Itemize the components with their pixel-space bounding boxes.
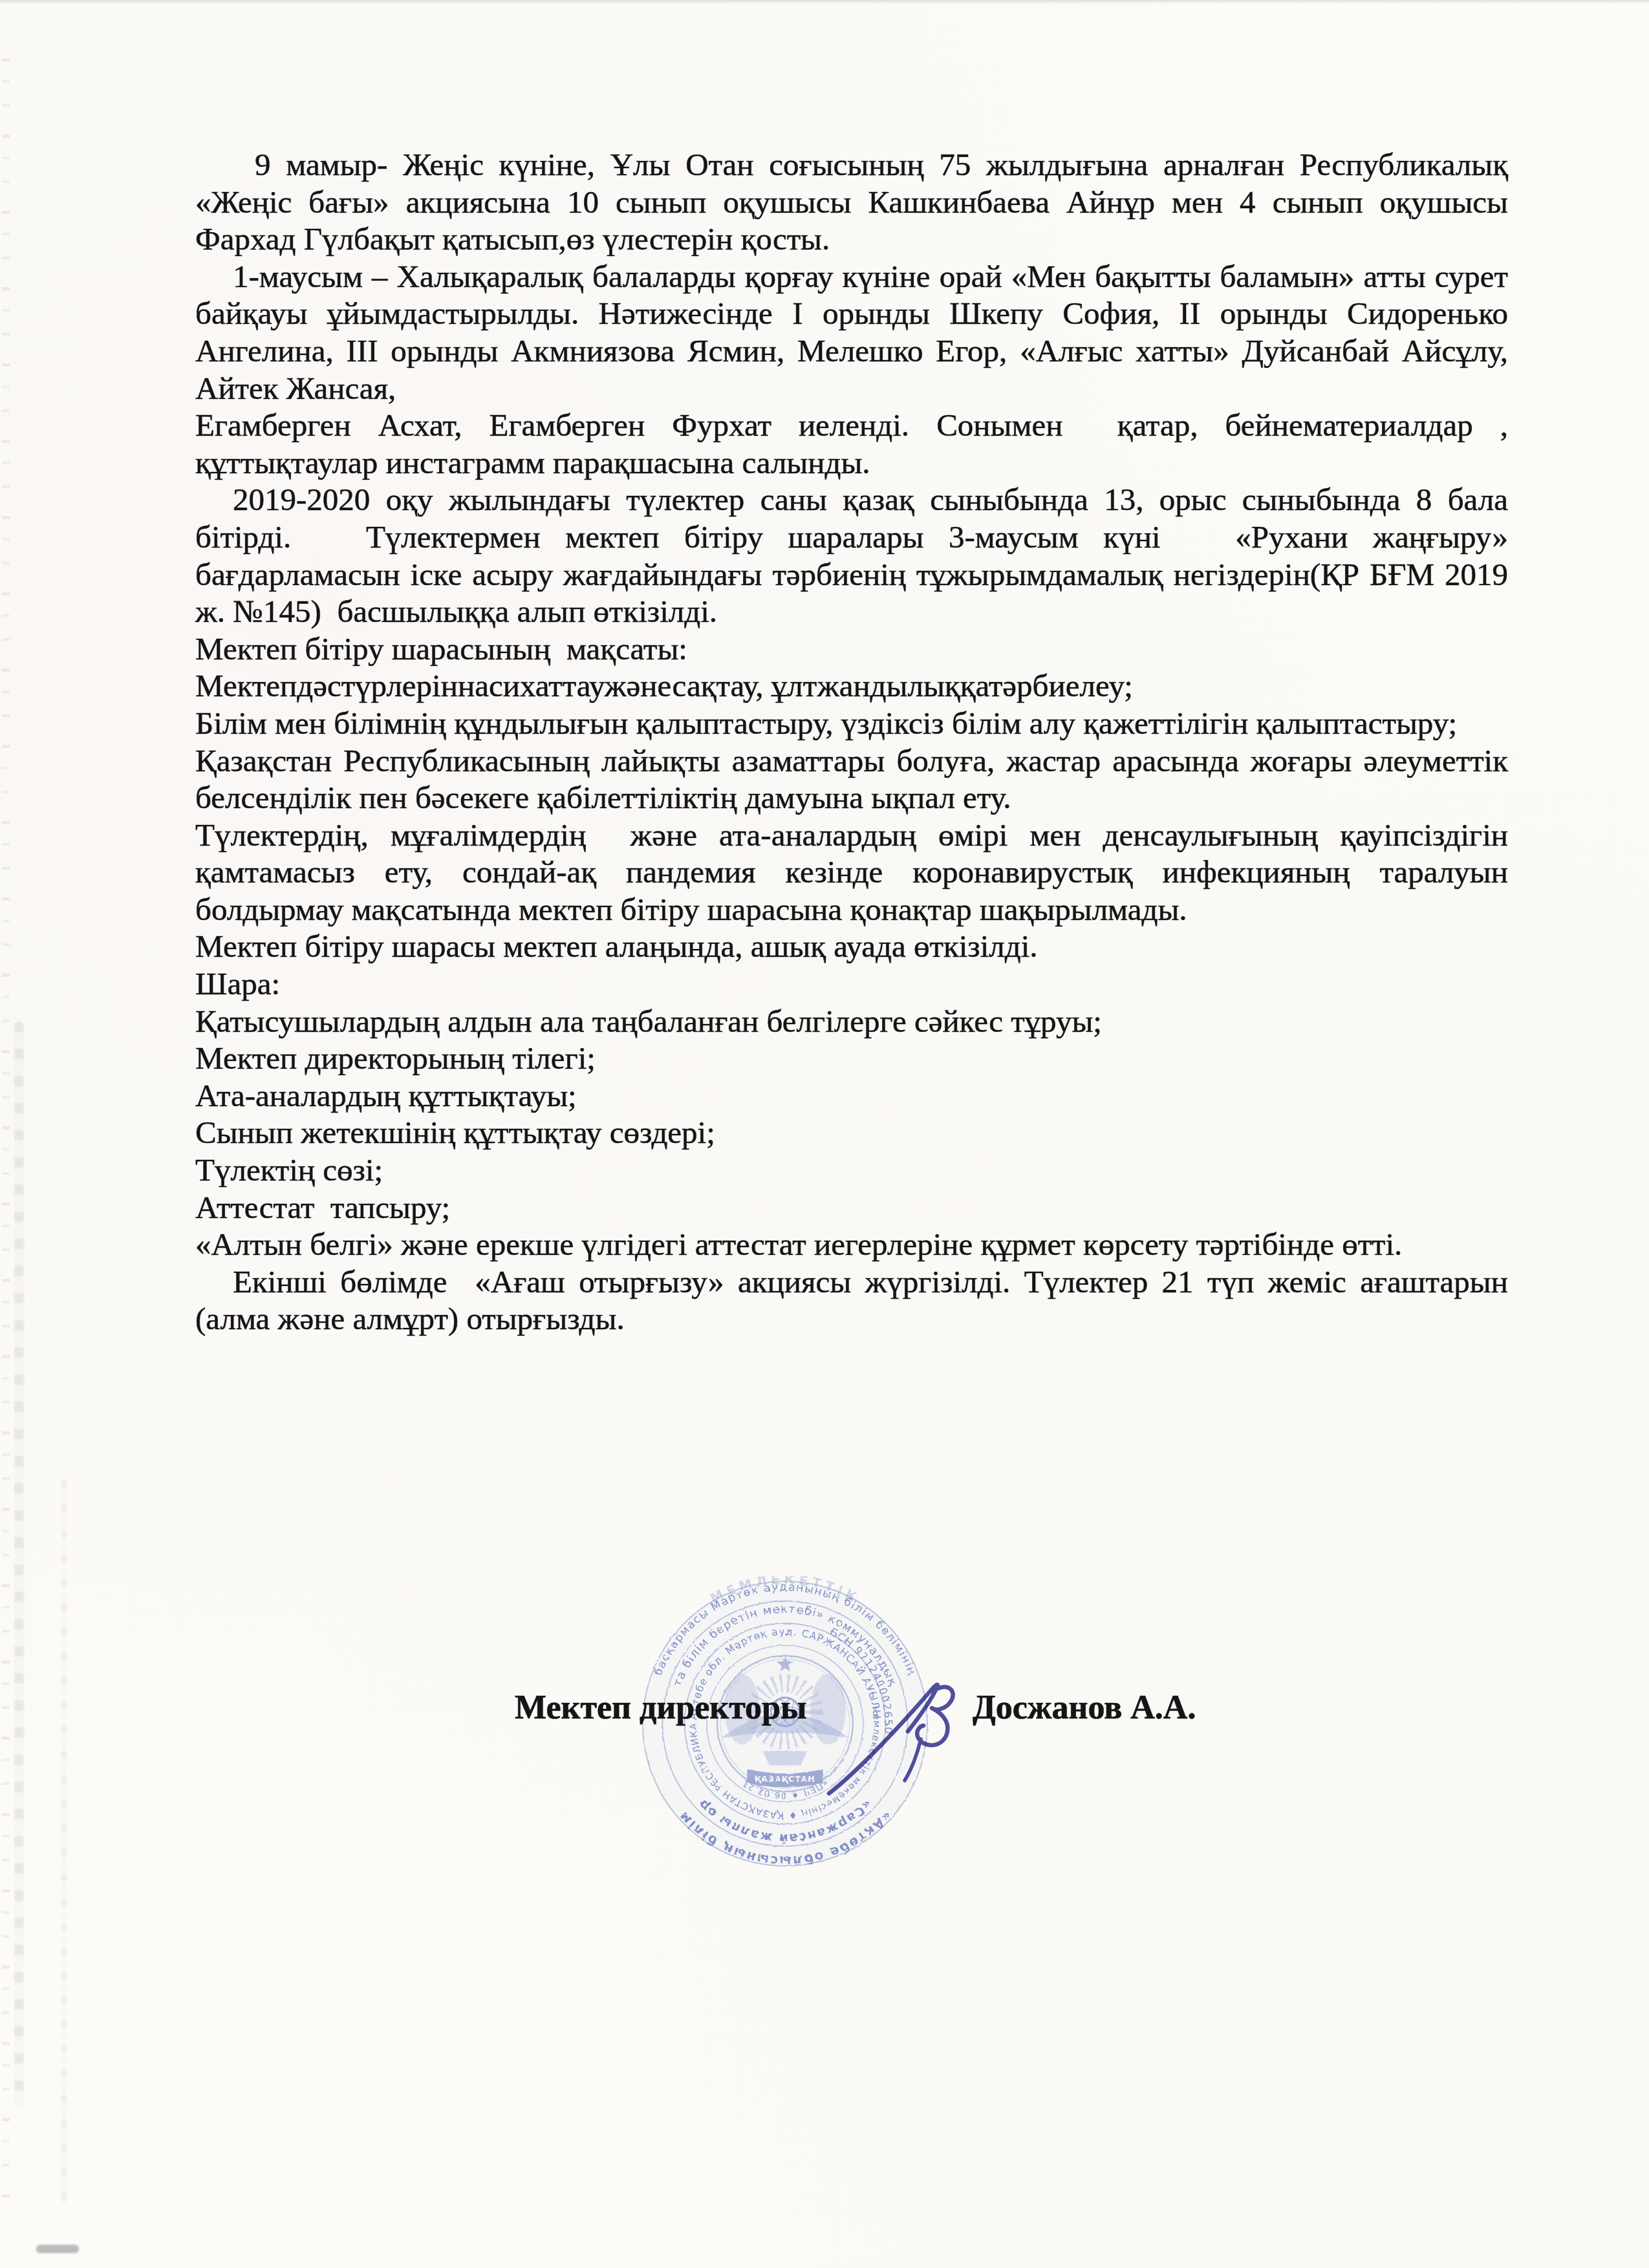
paragraph: Мектеп бітіру шарасы мектеп алаңында, аш…	[195, 928, 1508, 965]
emblem-banner-label: ҚАЗАҚСТАН	[755, 1775, 815, 1784]
paragraph: «Алтын белгі» және ерекше үлгідегі аттес…	[195, 1226, 1508, 1263]
paragraph: Аттестат тапсыру;	[195, 1189, 1508, 1226]
paragraph: Қатысушылардың алдын ала таңбаланған бел…	[195, 1003, 1508, 1040]
scan-bottom-smudge	[36, 2245, 79, 2253]
paragraph: Мектепдәстүрлеріннасихаттаужәнесақтау, ұ…	[195, 667, 1508, 705]
scan-top-edge-shadow	[0, 0, 1649, 4]
scan-left-speckle-noise	[2, 58, 10, 2211]
emblem-pedestal	[763, 1751, 808, 1765]
paragraph: Екінші бөлімде «Ағаш отырғызу» акциясы ж…	[195, 1263, 1508, 1338]
paragraph: Қазақстан Республикасының лайықты азамат…	[195, 742, 1508, 817]
paragraph: Егамберген Асхат, Егамберген Фурхат иеле…	[195, 407, 1508, 481]
scan-left-streak	[14, 1022, 24, 2108]
scan-left-streak-faint	[61, 1481, 67, 2205]
paragraph: Мектеп бітіру шарасының мақсаты:	[195, 630, 1508, 668]
scanned-document-page: 9 мамыр- Жеңіс күніне, Ұлы Отан соғысыны…	[0, 0, 1649, 2268]
paragraph: Шара:	[195, 965, 1508, 1003]
paragraph: Түлектің сөзі;	[195, 1151, 1508, 1189]
paragraph: Сынып жетекшінің құттықтау сөздері;	[195, 1114, 1508, 1151]
document-body: 9 мамыр- Жеңіс күніне, Ұлы Отан соғысыны…	[195, 146, 1508, 1338]
signature-tail-stroke	[905, 1739, 921, 1781]
paragraph: 2019-2020 оқу жылындағы түлектер саны қа…	[195, 481, 1508, 630]
paragraph: 9 мамыр- Жеңіс күніне, Ұлы Отан соғысыны…	[195, 146, 1508, 258]
paragraph: Білім мен білімнің құндылығын қалыптасты…	[195, 705, 1508, 742]
paragraph: Ата-аналардың құттықтауы;	[195, 1077, 1508, 1115]
director-signature-ink	[810, 1663, 958, 1805]
paragraph: Түлектердің, мұғалімдердің және ата-анал…	[195, 817, 1508, 928]
signature-name: Досжанов А.А.	[973, 1689, 1196, 1727]
paragraph: 1-маусым – Халықаралық балаларды қорғау …	[195, 258, 1508, 407]
paragraph: Мектеп директорының тілегі;	[195, 1040, 1508, 1077]
